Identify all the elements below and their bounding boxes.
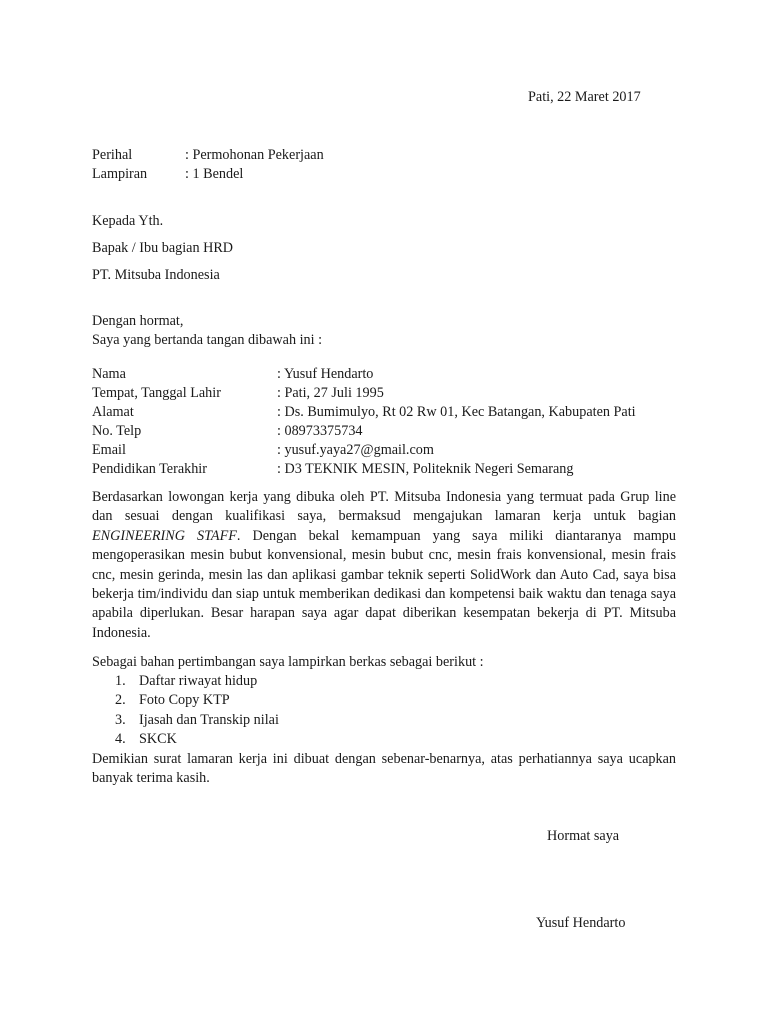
list-text: Ijasah dan Transkip nilai — [139, 711, 279, 730]
identity-value: : Ds. Bumimulyo, Rt 02 Rw 01, Kec Batang… — [277, 403, 636, 422]
position-emphasis: ENGINEERING STAFF — [92, 528, 237, 544]
signature-name: Yusuf Hendarto — [536, 914, 625, 933]
salutation: Dengan hormat, — [92, 312, 183, 331]
list-text: SKCK — [139, 730, 177, 749]
identity-label: Tempat, Tanggal Lahir — [92, 384, 221, 403]
closing-paragraph: Demikian surat lamaran kerja ini dibuat … — [92, 750, 676, 789]
identity-label: No. Telp — [92, 422, 141, 441]
attachments-intro: Sebagai bahan pertimbangan saya lampirka… — [92, 653, 484, 672]
intro-line: Saya yang bertanda tangan dibawah ini : — [92, 331, 322, 350]
place-date: Pati, 22 Maret 2017 — [528, 88, 641, 107]
meta-value: : Permohonan Pekerjaan — [185, 146, 324, 165]
identity-value: : Pati, 27 Juli 1995 — [277, 384, 384, 403]
body-paragraph: Berdasarkan lowongan kerja yang dibuka o… — [92, 488, 676, 643]
identity-value: : D3 TEKNIK MESIN, Politeknik Negeri Sem… — [277, 460, 573, 479]
identity-value: : yusuf.yaya27@gmail.com — [277, 441, 434, 460]
identity-label: Email — [92, 441, 126, 460]
identity-label: Nama — [92, 365, 126, 384]
list-text: Foto Copy KTP — [139, 691, 230, 710]
body-text-part1: Berdasarkan lowongan kerja yang dibuka o… — [92, 489, 676, 524]
recipient-line-3: PT. Mitsuba Indonesia — [92, 266, 220, 285]
list-number: 2. — [115, 691, 126, 710]
meta-label: Perihal — [92, 146, 132, 165]
identity-label: Alamat — [92, 403, 134, 422]
identity-value: : Yusuf Hendarto — [277, 365, 373, 384]
meta-value: : 1 Bendel — [185, 165, 243, 184]
recipient-line-1: Kepada Yth. — [92, 212, 163, 231]
list-number: 1. — [115, 672, 126, 691]
recipient-line-2: Bapak / Ibu bagian HRD — [92, 239, 233, 258]
list-text: Daftar riwayat hidup — [139, 672, 257, 691]
body-text-part2: . Dengan bekal kemampuan yang saya milik… — [92, 528, 676, 641]
list-number: 3. — [115, 711, 126, 730]
meta-label: Lampiran — [92, 165, 147, 184]
list-number: 4. — [115, 730, 126, 749]
signature-greeting: Hormat saya — [547, 827, 619, 846]
identity-label: Pendidikan Terakhir — [92, 460, 207, 479]
identity-value: : 08973375734 — [277, 422, 363, 441]
letter-page: Pati, 22 Maret 2017 Perihal : Permohonan… — [0, 0, 768, 1024]
